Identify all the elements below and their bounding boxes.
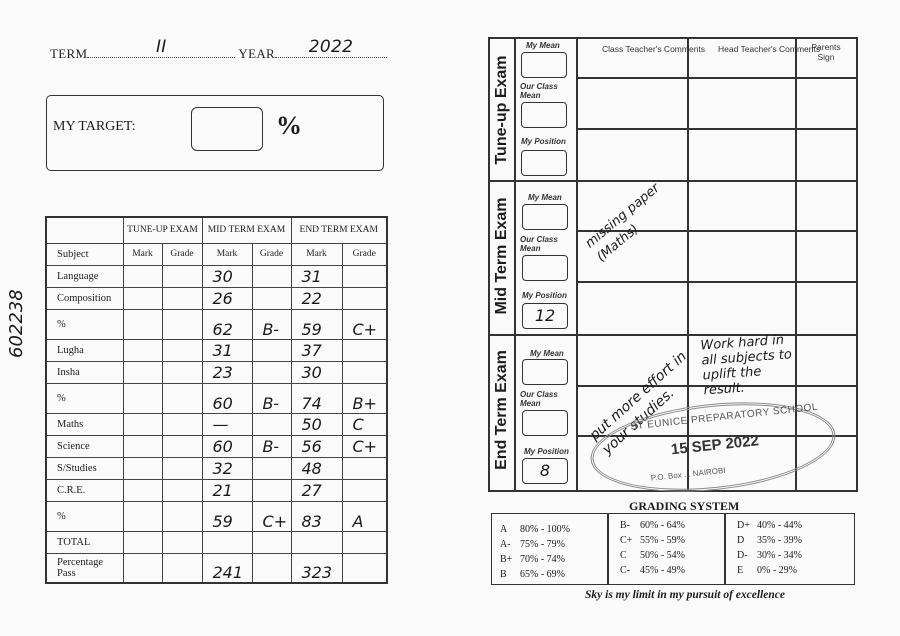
- mid-mark-cell[interactable]: 62: [202, 309, 252, 339]
- mid-grade-cell[interactable]: [252, 413, 291, 435]
- mid-mark-cell[interactable]: 241: [202, 553, 252, 583]
- tune-mark-cell[interactable]: [123, 383, 162, 413]
- subheader-grade: Grade: [342, 243, 387, 265]
- grade-letter: B-: [620, 518, 640, 533]
- term-year-line: TERMII YEAR2022: [50, 46, 387, 62]
- grading-column: B-60% - 64%C+55% - 59%C50% - 54%C-45% - …: [620, 518, 685, 584]
- table-row: S/Studies3248: [46, 457, 387, 479]
- grade-range-item: A-75% - 79%: [500, 537, 570, 552]
- tune-grade-cell[interactable]: [162, 553, 202, 583]
- end-mark-cell[interactable]: 37: [291, 339, 342, 361]
- grade-range-item: A80% - 100%: [500, 522, 570, 537]
- table-row: Maths—50C: [46, 413, 387, 435]
- grade-range: 45% - 49%: [640, 565, 685, 576]
- marks-table: TUNE-UP EXAM MID TERM EXAM END TERM EXAM…: [45, 216, 388, 584]
- end-mark-cell[interactable]: 83: [291, 501, 342, 531]
- header-class-teacher-comments: Class Teacher's Comments: [602, 44, 705, 54]
- header-head-teacher-comments: Head Teacher's Comments: [718, 44, 820, 54]
- label-my-position: My Position: [524, 447, 569, 456]
- header-parents-sign: Parents Sign: [808, 42, 844, 62]
- grade-letter: E: [737, 563, 757, 578]
- mid-mark-cell[interactable]: 32: [202, 457, 252, 479]
- subject-cell: TOTAL: [46, 531, 123, 553]
- end-grade-cell[interactable]: B+: [342, 383, 387, 413]
- mid-mark-cell[interactable]: 30: [202, 265, 252, 287]
- end-grade-cell[interactable]: A: [342, 501, 387, 531]
- grade-range-item: B+70% - 74%: [500, 552, 570, 567]
- tune-mark-cell[interactable]: [123, 287, 162, 309]
- tune-mark-cell[interactable]: [123, 265, 162, 287]
- mid-grade-cell[interactable]: [252, 287, 291, 309]
- mid-grade-cell[interactable]: [252, 361, 291, 383]
- tune-grade-cell[interactable]: [162, 501, 202, 531]
- end-mark-cell[interactable]: 31: [291, 265, 342, 287]
- grade-range: 35% - 39%: [757, 535, 802, 546]
- table-row: %60B-74B+: [46, 383, 387, 413]
- group-header-endterm: END TERM EXAM: [291, 217, 387, 243]
- grade-range: 70% - 74%: [520, 554, 565, 565]
- end-mark-cell[interactable]: 30: [291, 361, 342, 383]
- label-my-mean: My Mean: [528, 193, 562, 202]
- table-row: Lugha3137: [46, 339, 387, 361]
- grade-letter: A: [500, 522, 520, 537]
- mid-grade-cell[interactable]: [252, 457, 291, 479]
- mid-grade-cell[interactable]: [252, 553, 291, 583]
- subject-cell: Science: [46, 435, 123, 457]
- mid-mark-cell[interactable]: —: [202, 413, 252, 435]
- grading-system-title: GRADING SYSTEM: [629, 499, 739, 514]
- term-value: II: [87, 37, 235, 57]
- end-grade-cell[interactable]: [342, 479, 387, 501]
- mid-grade-cell[interactable]: B-: [252, 309, 291, 339]
- tune-grade-cell[interactable]: [162, 383, 202, 413]
- label-my-position: My Position: [521, 137, 566, 146]
- tuneup-my-mean-box[interactable]: [521, 52, 567, 78]
- subheader-grade: Grade: [252, 243, 291, 265]
- subject-cell: Insha: [46, 361, 123, 383]
- mid-mark-cell[interactable]: 59: [202, 501, 252, 531]
- tune-mark-cell[interactable]: [123, 457, 162, 479]
- table-row: Language3031: [46, 265, 387, 287]
- mid-mark-cell[interactable]: 60: [202, 435, 252, 457]
- grade-letter: D+: [737, 518, 757, 533]
- tune-mark-cell[interactable]: [123, 309, 162, 339]
- section-label-midterm: Mid Term Exam: [493, 186, 511, 326]
- end-grade-cell[interactable]: [342, 361, 387, 383]
- table-row: TOTAL: [46, 531, 387, 553]
- subheader-mark: Mark: [123, 243, 162, 265]
- stamp-address: P.O. Box ... NAIROBI: [650, 466, 726, 483]
- grading-column: A80% - 100%A-75% - 79%B+70% - 74%B65% - …: [500, 522, 570, 584]
- tune-mark-cell[interactable]: [123, 435, 162, 457]
- group-header-tuneup: TUNE-UP EXAM: [123, 217, 202, 243]
- label-class-mean: Our Class Mean: [520, 390, 570, 408]
- label-my-mean: My Mean: [530, 349, 564, 358]
- grade-range: 50% - 54%: [640, 550, 685, 561]
- end-grade-cell[interactable]: [342, 265, 387, 287]
- mid-mark-cell[interactable]: 31: [202, 339, 252, 361]
- year-label: YEAR: [238, 46, 275, 61]
- tune-grade-cell[interactable]: [162, 531, 202, 553]
- grade-range-item: D35% - 39%: [737, 533, 802, 548]
- grade-letter: C-: [620, 563, 640, 578]
- subject-cell: %: [46, 501, 123, 531]
- grade-range-item: C+55% - 59%: [620, 533, 685, 548]
- grading-column: D+40% - 44%D35% - 39%D-30% - 34%E0% - 29…: [737, 518, 802, 584]
- mid-mark-cell[interactable]: 60: [202, 383, 252, 413]
- endterm-head-teacher-comment: Work hard in all subjects to uplift the …: [700, 332, 804, 399]
- end-mark-cell[interactable]: 22: [291, 287, 342, 309]
- grade-range-item: D+40% - 44%: [737, 518, 802, 533]
- year-value: 2022: [275, 37, 387, 57]
- end-grade-cell[interactable]: [342, 457, 387, 479]
- tune-grade-cell[interactable]: [162, 413, 202, 435]
- grade-letter: D: [737, 533, 757, 548]
- subject-cell: %: [46, 309, 123, 339]
- table-row: Composition2622: [46, 287, 387, 309]
- grade-range-item: B-60% - 64%: [620, 518, 685, 533]
- stamp-date: 15 SEP 2022: [670, 432, 759, 458]
- year-field[interactable]: 2022: [275, 47, 387, 58]
- grade-range: 65% - 69%: [520, 569, 565, 580]
- midterm-class-mean-box[interactable]: [522, 255, 568, 281]
- mid-grade-cell[interactable]: [252, 479, 291, 501]
- tune-grade-cell[interactable]: [162, 457, 202, 479]
- table-row: Insha2330: [46, 361, 387, 383]
- midterm-position-box[interactable]: 12: [522, 303, 568, 329]
- midterm-my-mean-box[interactable]: [522, 204, 568, 230]
- grade-range: 55% - 59%: [640, 535, 685, 546]
- grade-letter: C+: [620, 533, 640, 548]
- end-mark-cell[interactable]: 59: [291, 309, 342, 339]
- subheader-mark: Mark: [291, 243, 342, 265]
- mid-grade-cell[interactable]: C+: [252, 501, 291, 531]
- end-grade-cell[interactable]: C+: [342, 309, 387, 339]
- subject-cell: Percentage Pass: [46, 553, 123, 583]
- mid-mark-cell[interactable]: 23: [202, 361, 252, 383]
- tune-mark-cell[interactable]: [123, 553, 162, 583]
- target-input-box[interactable]: [191, 107, 263, 151]
- grade-letter: B+: [500, 552, 520, 567]
- grading-system-table: A80% - 100%A-75% - 79%B+70% - 74%B65% - …: [491, 513, 855, 585]
- grade-range-item: C50% - 54%: [620, 548, 685, 563]
- mid-mark-cell[interactable]: 26: [202, 287, 252, 309]
- grade-letter: A-: [500, 537, 520, 552]
- mid-grade-cell[interactable]: B-: [252, 383, 291, 413]
- subject-cell: S/Studies: [46, 457, 123, 479]
- end-mark-cell[interactable]: 27: [291, 479, 342, 501]
- mid-mark-cell[interactable]: [202, 531, 252, 553]
- end-grade-cell[interactable]: C+: [342, 435, 387, 457]
- grade-range: 80% - 100%: [520, 524, 570, 535]
- tune-mark-cell[interactable]: [123, 339, 162, 361]
- table-row: C.R.E.2127: [46, 479, 387, 501]
- grade-letter: D-: [737, 548, 757, 563]
- percent-sign: %: [276, 111, 302, 141]
- mid-grade-cell[interactable]: [252, 339, 291, 361]
- subheader-grade: Grade: [162, 243, 202, 265]
- grade-range-item: D-30% - 34%: [737, 548, 802, 563]
- tune-mark-cell[interactable]: [123, 531, 162, 553]
- tune-mark-cell[interactable]: [123, 413, 162, 435]
- end-grade-cell[interactable]: [342, 553, 387, 583]
- subheader-subject: Subject: [46, 243, 123, 265]
- table-row: %59C+83A: [46, 501, 387, 531]
- subject-cell: %: [46, 383, 123, 413]
- target-label: MY TARGET:: [53, 119, 136, 135]
- end-mark-cell[interactable]: [291, 531, 342, 553]
- subject-cell: C.R.E.: [46, 479, 123, 501]
- grade-range: 60% - 64%: [640, 520, 685, 531]
- term-field[interactable]: II: [87, 47, 235, 58]
- section-label-tuneup: Tune-up Exam: [493, 40, 511, 180]
- endterm-position-box[interactable]: 8: [522, 458, 568, 484]
- group-header-midterm: MID TERM EXAM: [202, 217, 291, 243]
- table-row: %62B-59C+: [46, 309, 387, 339]
- term-label: TERM: [50, 46, 87, 61]
- motto: Sky is my limit in my pursuit of excelle…: [585, 589, 785, 601]
- label-my-position: My Position: [522, 291, 567, 300]
- tune-mark-cell[interactable]: [123, 361, 162, 383]
- grade-range-item: C-45% - 49%: [620, 563, 685, 578]
- label-class-mean: Our Class Mean: [520, 235, 570, 253]
- section-label-endterm: End Term Exam: [493, 340, 511, 480]
- mid-mark-cell[interactable]: 21: [202, 479, 252, 501]
- end-grade-cell[interactable]: C: [342, 413, 387, 435]
- tune-grade-cell[interactable]: [162, 265, 202, 287]
- tune-mark-cell[interactable]: [123, 501, 162, 531]
- label-class-mean: Our Class Mean: [520, 82, 570, 100]
- table-row: Percentage Pass241323: [46, 553, 387, 583]
- subject-cell: Lugha: [46, 339, 123, 361]
- tune-grade-cell[interactable]: [162, 479, 202, 501]
- mid-grade-cell[interactable]: [252, 265, 291, 287]
- grade-letter: C: [620, 548, 640, 563]
- table-row: Science60B-56C+: [46, 435, 387, 457]
- end-grade-cell[interactable]: [342, 339, 387, 361]
- grade-range-item: B65% - 69%: [500, 567, 570, 582]
- tune-grade-cell[interactable]: [162, 287, 202, 309]
- subject-cell: Language: [46, 265, 123, 287]
- subject-cell: Maths: [46, 413, 123, 435]
- end-mark-cell[interactable]: 323: [291, 553, 342, 583]
- label-my-mean: My Mean: [526, 41, 560, 50]
- tuneup-position-box[interactable]: [521, 150, 567, 176]
- endterm-class-mean-box[interactable]: [522, 410, 568, 436]
- grade-range: 40% - 44%: [757, 520, 802, 531]
- mid-grade-cell[interactable]: [252, 531, 291, 553]
- end-grade-cell[interactable]: [342, 531, 387, 553]
- tune-grade-cell[interactable]: [162, 339, 202, 361]
- tune-grade-cell[interactable]: [162, 309, 202, 339]
- end-mark-cell[interactable]: 48: [291, 457, 342, 479]
- grade-range: 30% - 34%: [757, 550, 802, 561]
- tune-grade-cell[interactable]: [162, 361, 202, 383]
- grade-range: 75% - 79%: [520, 539, 565, 550]
- endterm-my-mean-box[interactable]: [522, 359, 568, 385]
- side-handwritten-number: 602238: [6, 289, 27, 358]
- grade-range: 0% - 29%: [757, 565, 797, 576]
- subject-cell: Composition: [46, 287, 123, 309]
- end-mark-cell[interactable]: 50: [291, 413, 342, 435]
- grade-letter: B: [500, 567, 520, 582]
- grade-range-item: E0% - 29%: [737, 563, 802, 578]
- end-mark-cell[interactable]: 74: [291, 383, 342, 413]
- tune-mark-cell[interactable]: [123, 479, 162, 501]
- end-mark-cell[interactable]: 56: [291, 435, 342, 457]
- subheader-mark: Mark: [202, 243, 252, 265]
- corner-cell: [46, 217, 123, 243]
- tune-grade-cell[interactable]: [162, 435, 202, 457]
- end-grade-cell[interactable]: [342, 287, 387, 309]
- tuneup-class-mean-box[interactable]: [521, 102, 567, 128]
- midterm-class-teacher-comment: missing paper (Maths): [582, 162, 697, 267]
- mid-grade-cell[interactable]: B-: [252, 435, 291, 457]
